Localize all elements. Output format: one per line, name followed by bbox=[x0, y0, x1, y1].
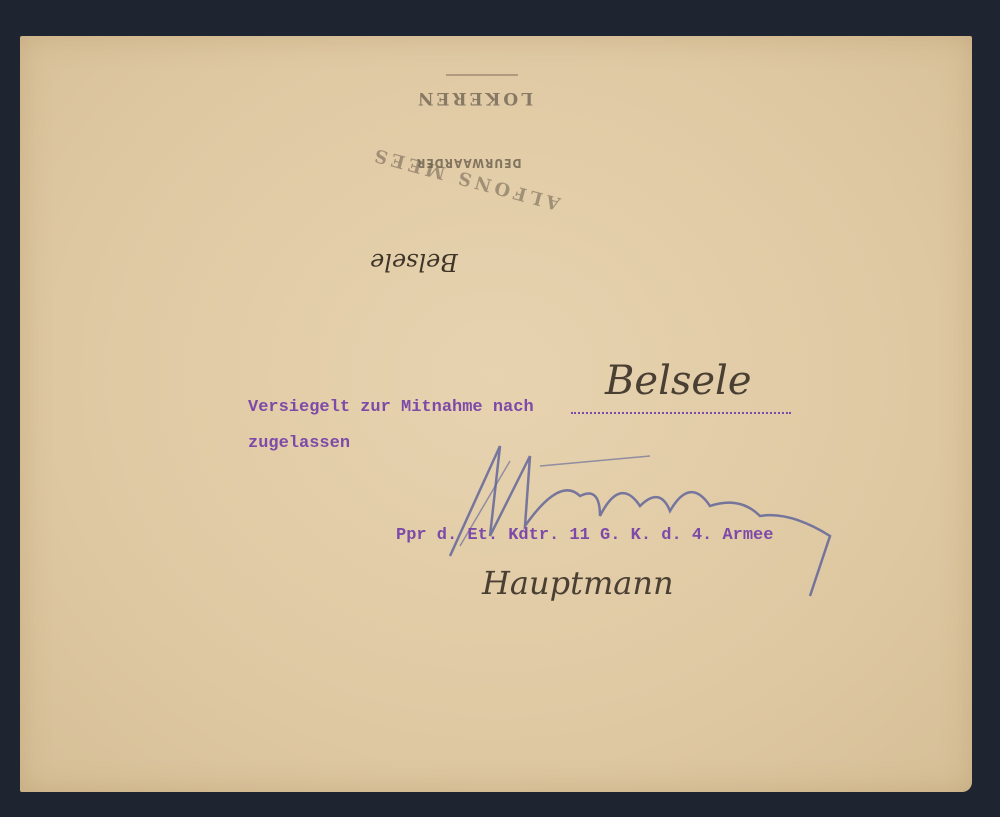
sender-name-stamp: ALFONS MEES bbox=[369, 143, 563, 214]
sender-city: LOKEREN bbox=[415, 88, 533, 108]
censor-unit-line: Ppr d. Et. Kdtr. 11 G. K. d. 4. Armee bbox=[396, 526, 773, 545]
censor-line-1: Versiegelt zur Mitnahme nach bbox=[248, 398, 534, 417]
upside-down-address: Belsele bbox=[370, 248, 458, 276]
rank-handwritten: Hauptmann bbox=[482, 564, 674, 602]
ornamental-rule bbox=[446, 74, 518, 76]
destination-handwritten: Belsele bbox=[605, 358, 752, 404]
dotted-line bbox=[571, 412, 791, 414]
envelope: LOKEREN DEURWAARDER ALFONS MEES Belsele … bbox=[20, 36, 972, 792]
censor-line-2: zugelassen bbox=[248, 434, 350, 453]
